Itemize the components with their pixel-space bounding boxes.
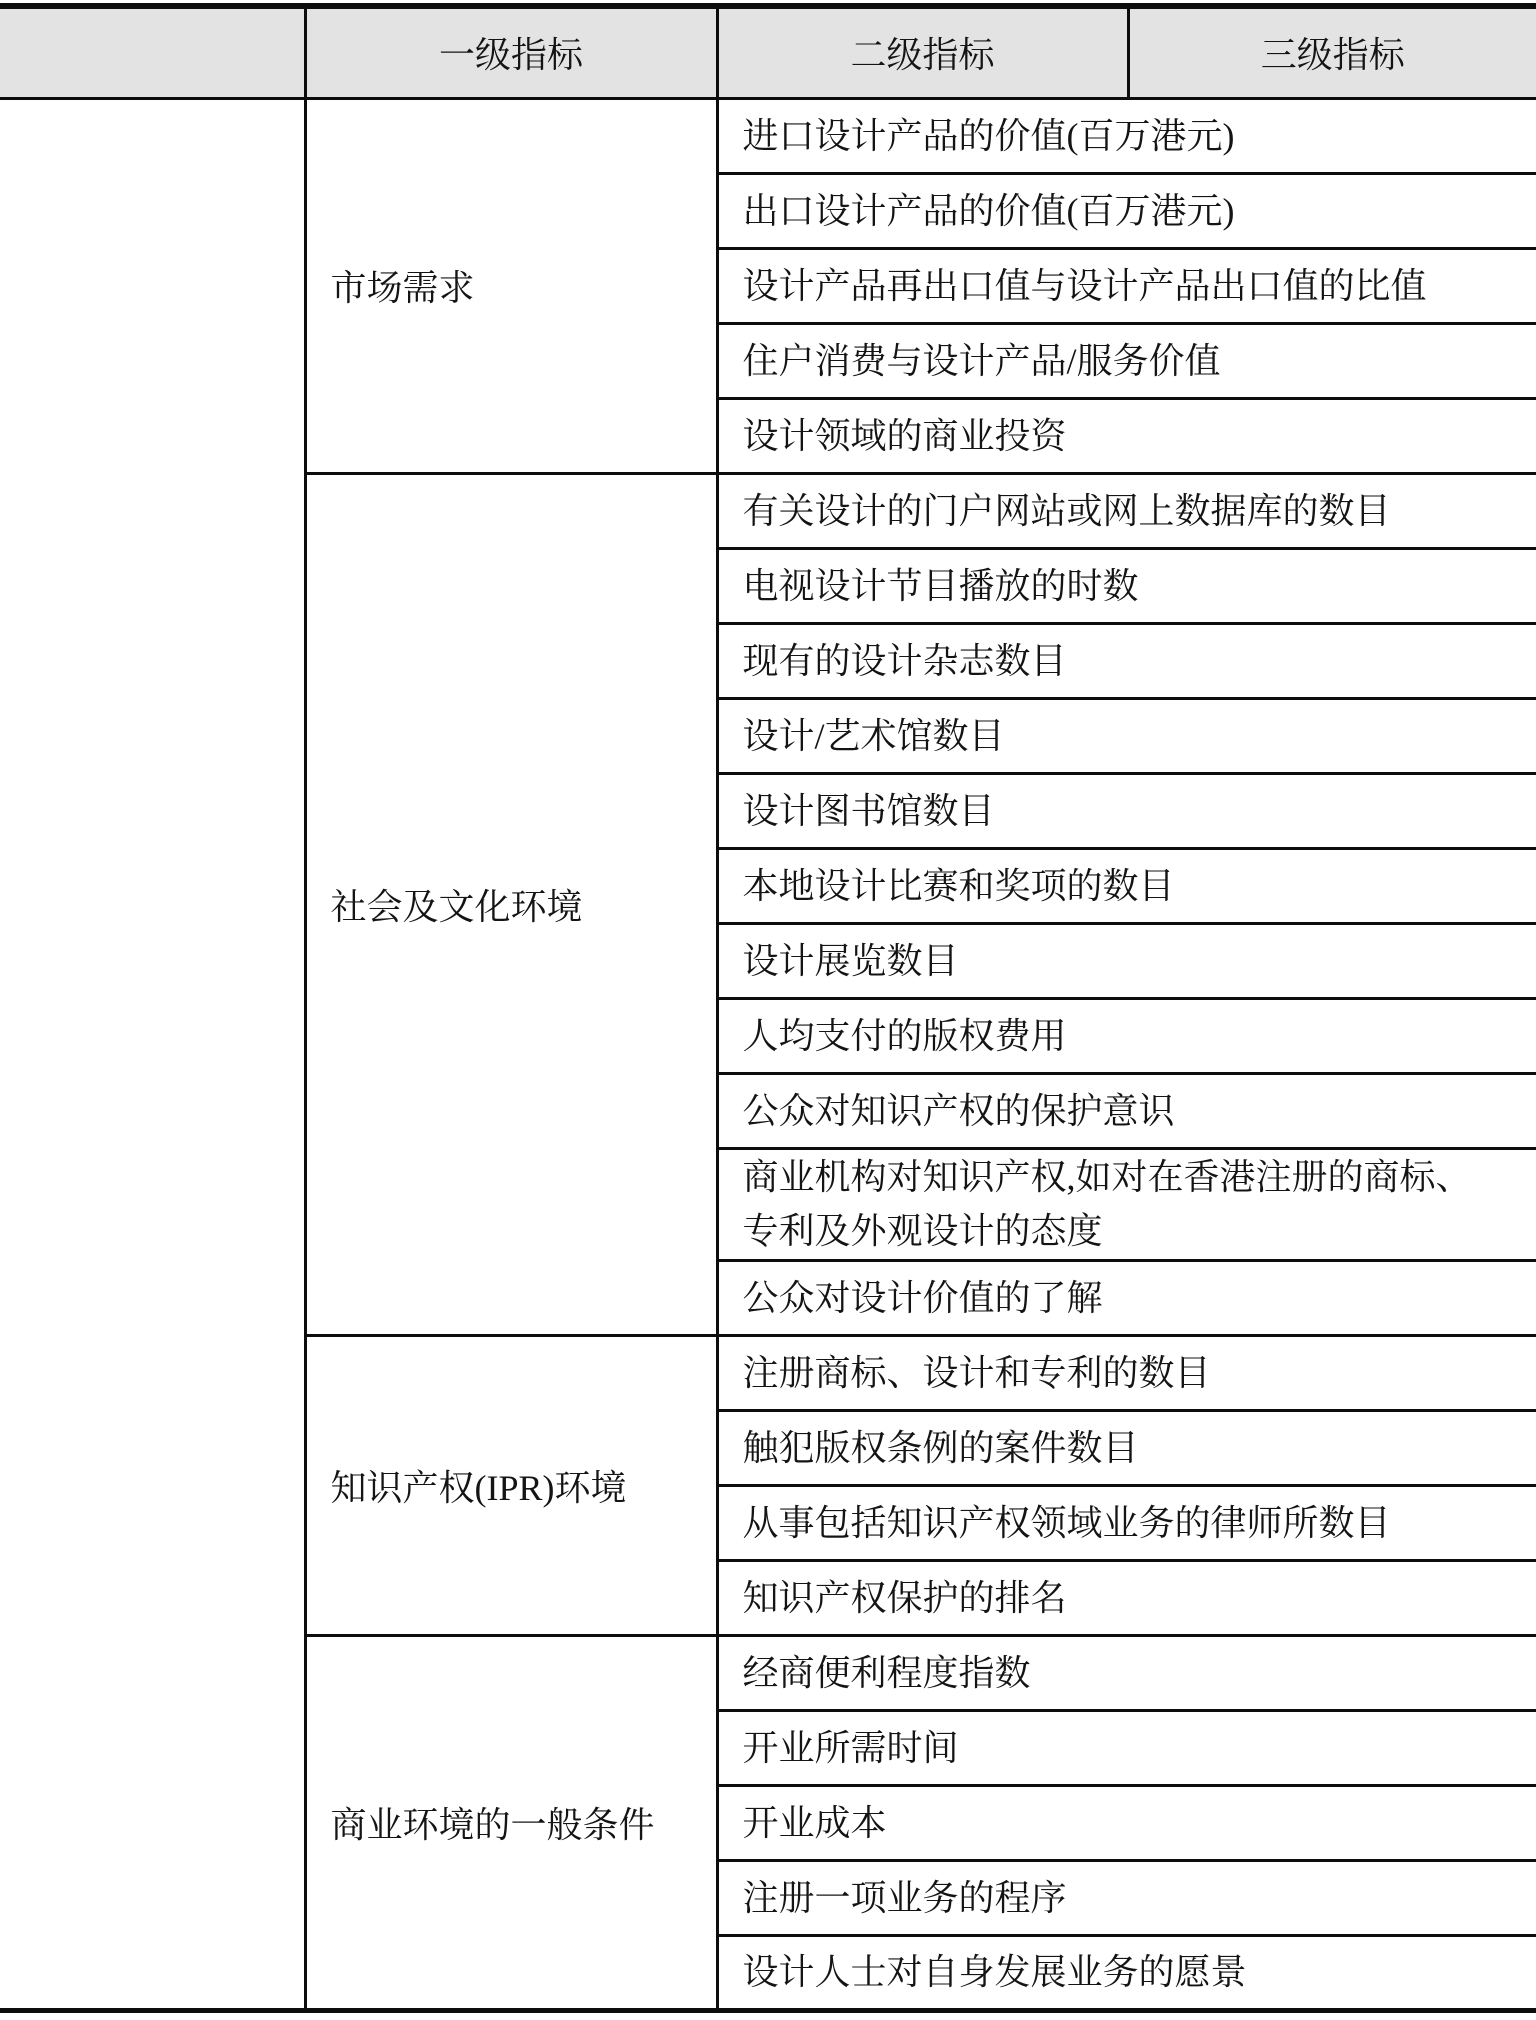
indicator-cell: 知识产权保护的排名 [717, 1560, 1536, 1635]
indicator-cell: 注册一项业务的程序 [717, 1860, 1536, 1935]
indicator-cell: 出口设计产品的价值(百万港元) [717, 173, 1536, 248]
indicator-cell: 设计展览数目 [717, 923, 1536, 998]
indicator-cell: 设计/艺术馆数目 [717, 698, 1536, 773]
indicator-cell: 本地设计比赛和奖项的数目 [717, 848, 1536, 923]
indicator-cell: 从事包括知识产权领域业务的律师所数目 [717, 1485, 1536, 1560]
indicator-cell: 商业机构对知识产权,如对在香港注册的商标、 专利及外观设计的态度 [717, 1148, 1536, 1260]
indicator-cell: 进口设计产品的价值(百万港元) [717, 98, 1536, 173]
group-cell-market-demand: 市场需求 [305, 98, 717, 473]
header-cell-level3: 三级指标 [1128, 6, 1536, 98]
indicator-cell: 设计人士对自身发展业务的愿景 [717, 1935, 1536, 2010]
header-cell-level1: 一级指标 [305, 6, 717, 98]
table-body: 市场需求 进口设计产品的价值(百万港元) 出口设计产品的价值(百万港元) 设计产… [0, 98, 1536, 2010]
indicator-cell: 注册商标、设计和专利的数目 [717, 1335, 1536, 1410]
header-cell-blank [0, 6, 305, 98]
blank-row-header-cell [0, 98, 305, 2010]
indicator-cell: 电视设计节目播放的时数 [717, 548, 1536, 623]
indicator-cell: 经商便利程度指数 [717, 1635, 1536, 1710]
header-row: 一级指标 二级指标 三级指标 [0, 6, 1536, 98]
indicator-table: 一级指标 二级指标 三级指标 市场需求 进口设计产品的价值(百万港元) 出口设计… [0, 3, 1536, 2013]
indicator-cell: 触犯版权条例的案件数目 [717, 1410, 1536, 1485]
indicator-cell: 现有的设计杂志数目 [717, 623, 1536, 698]
indicator-cell: 设计领域的商业投资 [717, 398, 1536, 473]
indicator-cell: 开业成本 [717, 1785, 1536, 1860]
group-cell-ipr-environment: 知识产权(IPR)环境 [305, 1335, 717, 1635]
indicator-cell: 设计产品再出口值与设计产品出口值的比值 [717, 248, 1536, 323]
group-cell-general-business-environment: 商业环境的一般条件 [305, 1635, 717, 2010]
indicator-cell: 人均支付的版权费用 [717, 998, 1536, 1073]
header-cell-level2: 二级指标 [717, 6, 1128, 98]
indicator-cell: 设计图书馆数目 [717, 773, 1536, 848]
group-cell-social-cultural-environment: 社会及文化环境 [305, 473, 717, 1335]
indicator-cell: 开业所需时间 [717, 1710, 1536, 1785]
table-row: 市场需求 进口设计产品的价值(百万港元) [0, 98, 1536, 173]
indicator-cell: 公众对设计价值的了解 [717, 1260, 1536, 1335]
indicator-cell: 住户消费与设计产品/服务价值 [717, 323, 1536, 398]
indicator-cell: 公众对知识产权的保护意识 [717, 1073, 1536, 1148]
table-header: 一级指标 二级指标 三级指标 [0, 6, 1536, 98]
indicator-cell: 有关设计的门户网站或网上数据库的数目 [717, 473, 1536, 548]
